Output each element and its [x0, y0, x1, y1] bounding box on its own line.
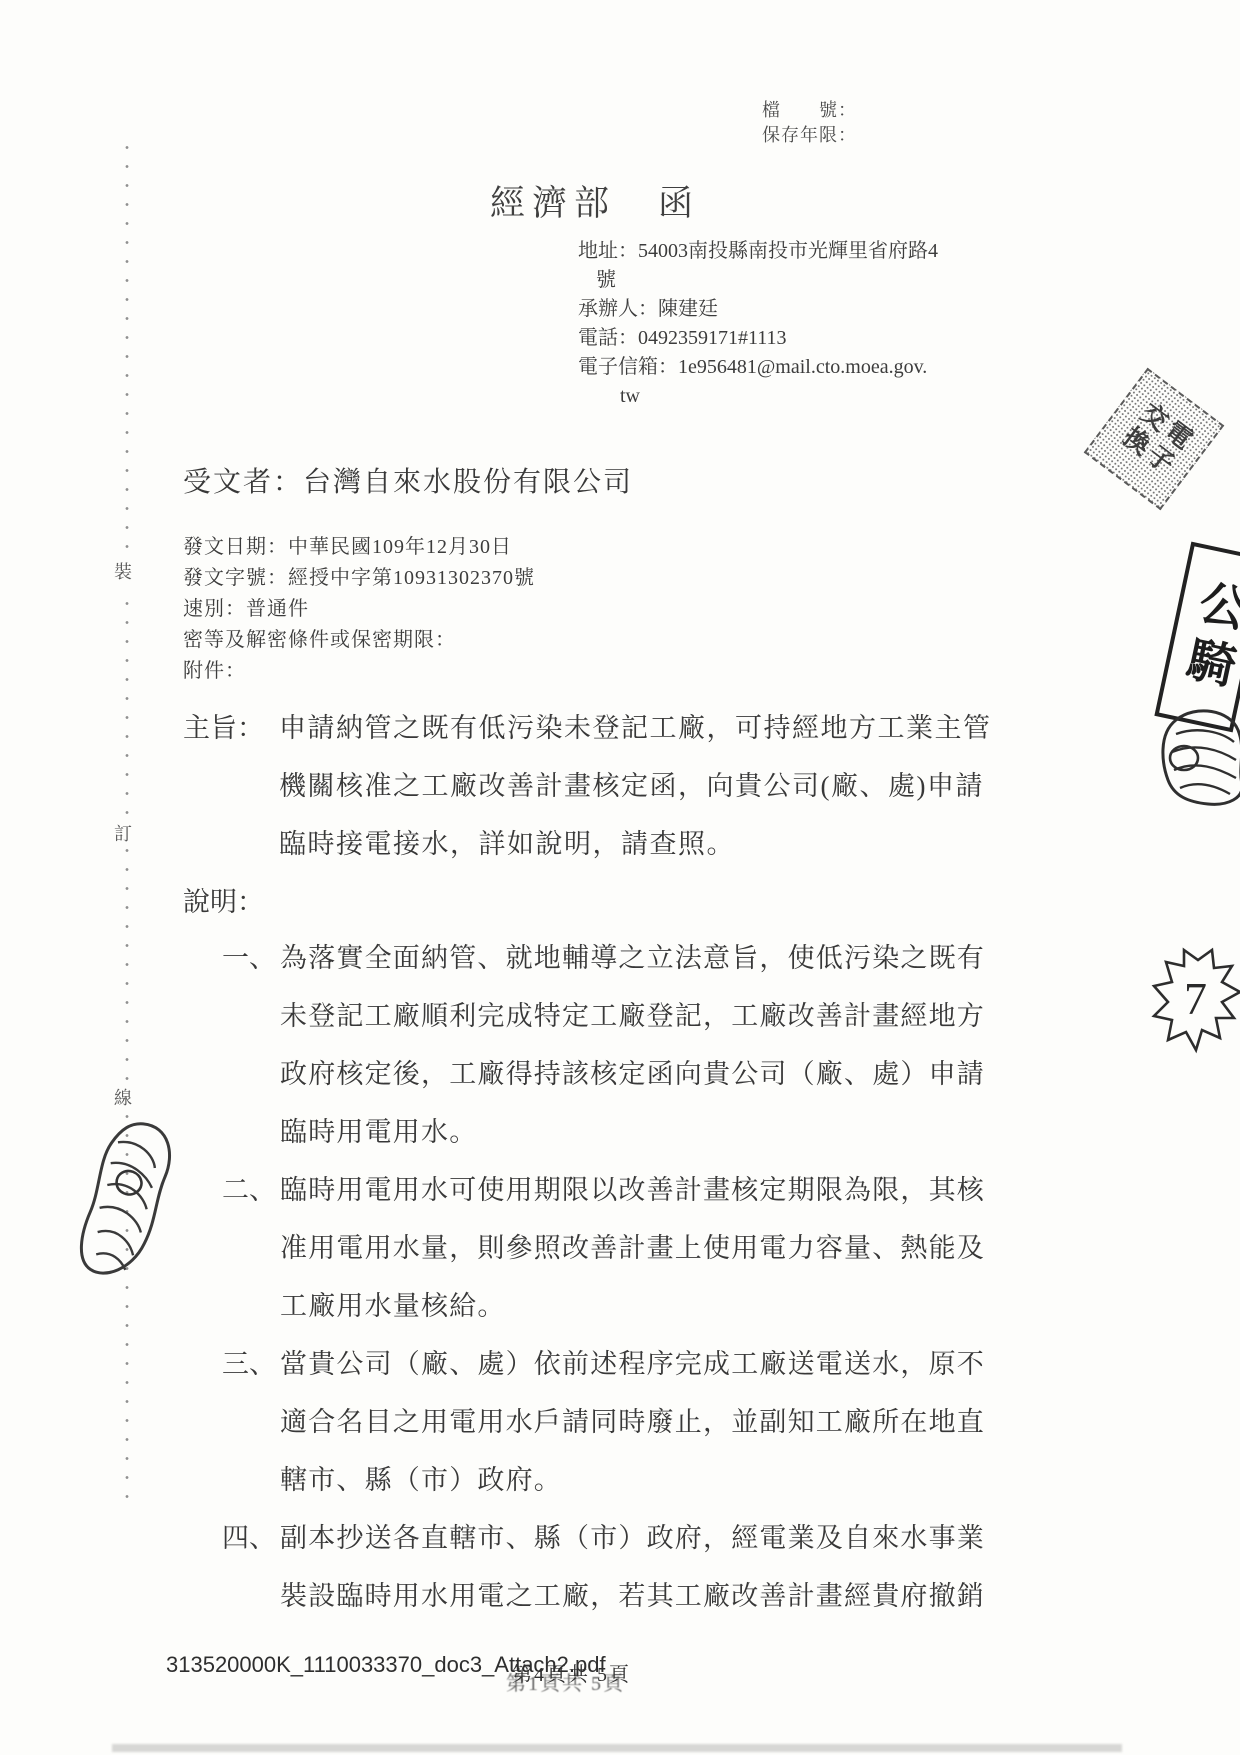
subject-line: 申請納管之既有低污染未登記工廠，可持經地方工業主管 [279, 706, 992, 764]
item-line: 副本抄送各直轄市、縣（市）政府，經電業及自來水事業 [280, 1516, 985, 1574]
explanation-item-1: 一、 為落實全面納管、就地輔導之立法意旨，使低污染之既有 未登記工廠順利完成特定… [222, 936, 985, 1168]
scanned-letter-page: 檔 號： 保存年限： 經濟部 函 地址：54003南投縣南投市光輝里省府路4 號… [0, 0, 1240, 1755]
page-seal-badge-7: 7 [1150, 944, 1240, 1056]
sender-phone: 電話：0492359171#1113 [578, 324, 1008, 353]
retention-period-label: 保存年限： [762, 123, 857, 148]
reference-number: 發文字號：經授中字第10931302370號 [183, 563, 535, 594]
attachment-label: 附件： [183, 656, 535, 687]
item-line: 工廠用水量核給。 [280, 1284, 985, 1342]
security-classification: 密等及解密條件或保密期限： [183, 625, 535, 656]
item-number: 三、 [222, 1342, 280, 1516]
archive-label-block: 檔 號： 保存年限： [762, 98, 857, 148]
item-line: 准用電用水量，則參照改善計畫上使用電力容量、熱能及 [280, 1226, 985, 1284]
sender-email-line1: 電子信箱：1e956481@mail.cto.moea.gov. [578, 353, 1008, 382]
explanation-item-3: 三、 當貴公司（廠、處）依前述程序完成工廠送電送水，原不 適合名目之用電用水戶請… [222, 1342, 985, 1516]
item-number: 四、 [222, 1516, 280, 1632]
recipient-line: 受文者：台灣自來水股份有限公司 [183, 460, 633, 500]
footer-page-stamp-overprint: 第4頁共 5頁 [512, 1664, 631, 1686]
sender-address-line2: 號 [596, 266, 1008, 295]
priority-level: 速別：普通件 [183, 594, 535, 625]
sender-address-line1: 地址：54003南投縣南投市光輝里省府路4 [578, 237, 1008, 266]
binding-mark-xian: 線 [114, 1082, 132, 1112]
document-meta-block: 發文日期：中華民國109年12月30日 發文字號：經授中字第1093130237… [183, 532, 535, 687]
item-line: 適合名目之用電用水戶請同時廢止，並副知工廠所在地直 [280, 1400, 985, 1458]
seam-seal-stamp-text: 公騎 [1166, 573, 1240, 701]
sender-info-block: 地址：54003南投縣南投市光輝里省府路4 號 承辦人：陳建廷 電話：04923… [578, 237, 1008, 411]
electronic-exchange-stamp-text: 電子交換 [1111, 395, 1197, 482]
scan-edge-artifact [112, 1744, 1122, 1752]
subject-paragraph: 主旨： 申請納管之既有低污染未登記工廠，可持經地方工業主管 機關核准之工廠改善計… [183, 706, 992, 880]
binding-mark-ding: 訂 [114, 818, 132, 848]
item-line: 轄市、縣（市）政府。 [280, 1458, 985, 1516]
electronic-exchange-stamp: 電子交換 [1084, 368, 1224, 510]
binding-mark-zhuang: 裝 [114, 556, 132, 586]
item-line: 為落實全面納管、就地輔導之立法意旨，使低污染之既有 [280, 936, 985, 994]
file-number-label: 檔 號： [762, 98, 857, 123]
item-number: 二、 [222, 1168, 280, 1342]
subject-line: 機關核准之工廠改善計畫核定函，向貴公司(廠、處)申請 [279, 764, 992, 822]
item-line: 政府核定後，工廠得持該核定函向貴公司（廠、處）申請 [280, 1052, 985, 1110]
item-line: 臨時用電用水可使用期限以改善計畫核定期限為限，其核 [280, 1168, 985, 1226]
item-line: 當貴公司（廠、處）依前述程序完成工廠送電送水，原不 [280, 1342, 985, 1400]
item-line: 未登記工廠順利完成特定工廠登記，工廠改善計畫經地方 [280, 994, 985, 1052]
scribble-seal-blob [1146, 700, 1240, 810]
sender-officer: 承辦人：陳建廷 [578, 295, 1008, 324]
explanation-items: 一、 為落實全面納管、就地輔導之立法意旨，使低污染之既有 未登記工廠順利完成特定… [222, 936, 985, 1632]
left-margin-seal-stamp [65, 1108, 188, 1293]
item-line: 臨時用電用水。 [280, 1110, 985, 1168]
item-number: 一、 [222, 936, 280, 1168]
subject-label: 主旨： [183, 706, 279, 880]
subject-line: 臨時接電接水，詳如說明，請查照。 [279, 822, 992, 880]
explanation-label: 說明： [183, 880, 264, 919]
document-title: 經濟部 函 [490, 176, 700, 226]
sender-email-line2: tw [620, 382, 1008, 411]
issue-date: 發文日期：中華民國109年12月30日 [183, 532, 535, 563]
footer-page-stamp: 第1頁共 5頁 第4頁共 5頁 [512, 1658, 631, 1687]
explanation-item-2: 二、 臨時用電用水可使用期限以改善計畫核定期限為限，其核 准用電用水量，則參照改… [222, 1168, 985, 1342]
item-line: 裝設臨時用水用電之工廠，若其工廠改善計畫經貴府撤銷 [280, 1574, 985, 1632]
page-seal-badge-number: 7 [1184, 973, 1207, 1024]
explanation-item-4: 四、 副本抄送各直轄市、縣（市）政府，經電業及自來水事業 裝設臨時用水用電之工廠… [222, 1516, 985, 1632]
